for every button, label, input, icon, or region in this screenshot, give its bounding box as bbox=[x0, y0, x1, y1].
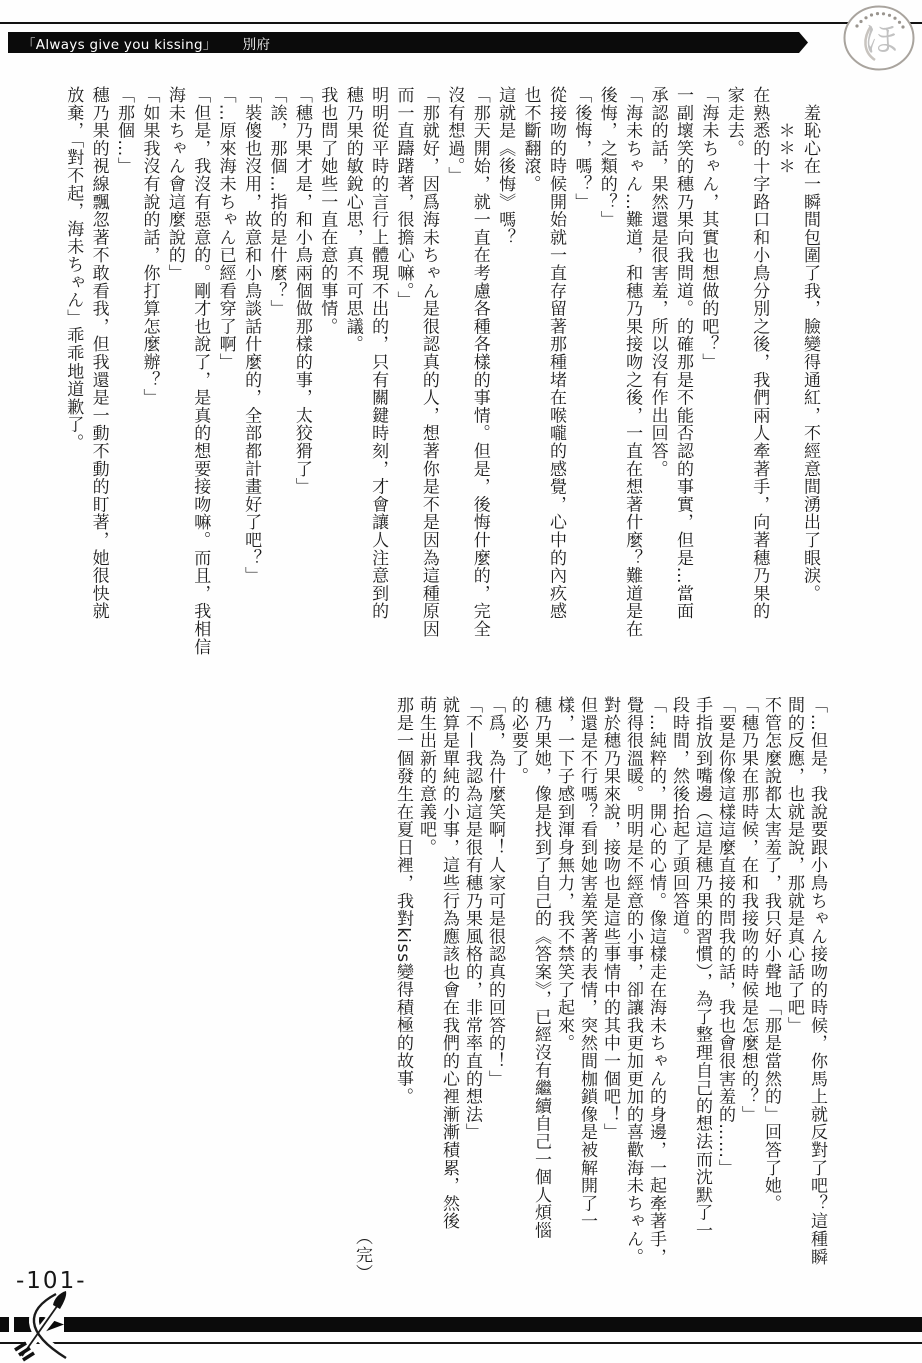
publisher-stamp: ほ bbox=[841, 4, 917, 78]
text-column: 羞恥心在一瞬間包圍了我，臉變得通紅，不經意間湧出了眼淚。 bbox=[797, 86, 822, 670]
stamp-icon: ほ bbox=[841, 4, 917, 74]
text-column: 後悔，之類的？」 bbox=[593, 86, 618, 670]
text-column: 也不斷翻滾。 bbox=[517, 86, 542, 670]
story-top-block: 羞恥心在一瞬間包圍了我，臉變得通紅，不經意間湧出了眼淚。 ＊＊＊在熟悉的十字路口… bbox=[58, 86, 822, 670]
text-column: 沒有想過。」 bbox=[441, 86, 466, 670]
text-column: 一副壞笑的穗乃果向我問道。的確那是不能否認的事實，但是…當面 bbox=[670, 86, 695, 670]
text-column: 穗乃果她，像是找到了自己的《答案》，已經沒有繼續自己一個人煩惱 bbox=[529, 696, 552, 1292]
text-column: 對於穗乃果來說，接吻也是這些事情中的其中一個吧！」 bbox=[598, 696, 621, 1292]
text-column: 穗乃果的視線飄忽著不敢看我，但我還是一動不動的盯著，她很快就 bbox=[85, 86, 110, 670]
text-column: 那是一個發生在夏日裡，我對kiss變得積極的故事。 bbox=[391, 696, 414, 1292]
text-column: 間的反應，也就是說，那就是真心話了吧」 bbox=[782, 696, 805, 1292]
bottom-bar-and-bow-arrow-icon bbox=[0, 1288, 922, 1363]
text-column: 覺得很溫暖。明明是不經意的小事，卻讓我更加更加的喜歡海未ちゃん。 bbox=[621, 696, 644, 1292]
text-column: 樣，一下子感到渾身無力，我不禁笑了起來。 bbox=[552, 696, 575, 1292]
text-column: 「那個…」 bbox=[111, 86, 136, 670]
text-column: ＊＊＊ bbox=[771, 86, 796, 670]
footer-ornament bbox=[0, 1288, 922, 1363]
text-column: 不管怎麼說都太害羞了，我只好小聲地「那是當然的」回答了她。 bbox=[759, 696, 782, 1292]
story-title: 「Always give you kissing」 bbox=[22, 33, 217, 53]
text-column: 「後悔，嗎？」 bbox=[568, 86, 593, 670]
text-column: 而一直躊躇著，很擔心嘛。」 bbox=[390, 86, 415, 670]
text-column: 「但是，我沒有惡意的。剛才也說了，是真的想要接吻嘛。而且，我相信 bbox=[187, 86, 212, 670]
text-column: 「要是你像這樣這麼直接的問我的話，我也會很害羞的……」 bbox=[713, 696, 736, 1292]
text-column: 「海未ちゃん，其實也想做的吧？」 bbox=[695, 86, 720, 670]
text-column: 海未ちゃん會這麼說的」 bbox=[161, 86, 186, 670]
text-column: 「…原來海未ちゃん已經看穿了啊」 bbox=[212, 86, 237, 670]
text-column: 「穗乃果在那時候，在和我接吻的時候是怎麼想的？」 bbox=[736, 696, 759, 1292]
text-column: 我也問了她些一直在意的事情。 bbox=[314, 86, 339, 670]
text-column: 但還是不行嗎？看到她害羞笑著的表情，突然間枷鎖像是被解開了一 bbox=[575, 696, 598, 1292]
text-column: 承認的話，果然還是很害羞，所以沒有作出回答。 bbox=[644, 86, 669, 670]
text-column: 手指放到嘴邊（這是穗乃果的習慣），為了整理自己的想法而沈默了一 bbox=[690, 696, 713, 1292]
text-column: 明明從平時的言行上體現不出的，只有關鍵時刻，才會讓人注意到的 bbox=[365, 86, 390, 670]
text-column: 「那就好，因爲海未ちゃん是很認真的人，想著你是不是因為這種原因 bbox=[416, 86, 441, 670]
author-name: 別府 bbox=[243, 33, 271, 53]
top-rule bbox=[0, 22, 922, 24]
bottom-bar bbox=[64, 1317, 922, 1332]
text-column: 「…但是，我說要跟小鳥ちゃん接吻的時候，你馬上就反對了吧？這種瞬 bbox=[805, 696, 828, 1292]
text-column: 「爲，為什麼笑啊！人家可是很認真的回答的！」 bbox=[483, 696, 506, 1292]
text-column: 「那天開始，就一直在考慮各種各樣的事情。但是，後悔什麼的，完全 bbox=[466, 86, 491, 670]
story-bottom-block: 「…但是，我說要跟小鳥ちゃん接吻的時候，你馬上就反對了吧？這種瞬間的反應，也就是… bbox=[391, 696, 828, 1292]
bottom-rule bbox=[0, 1342, 922, 1344]
text-column: 「不—我認為這是很有穗乃果風格的，非常率直的想法」 bbox=[460, 696, 483, 1292]
text-column: 「如果我沒有說的話，你打算怎麼辦？」 bbox=[136, 86, 161, 670]
text-column: 這就是《後悔》嗎？ bbox=[492, 86, 517, 670]
end-mark: （完） bbox=[350, 1228, 375, 1282]
text-column: 「海未ちゃん…難道，和穗乃果接吻之後，一直在想著什麼？難道是在 bbox=[619, 86, 644, 670]
text-column: 放棄，「對不起，海未ちゃん」乖乖地道歉了。 bbox=[60, 86, 85, 670]
text-column: 「誒，那個…指的是什麼？」 bbox=[263, 86, 288, 670]
text-column: 就算是單純的小事，這些行為應該也會在我們的心裡漸漸積累，然後 bbox=[437, 696, 460, 1292]
header-bar: 「Always give you kissing」 別府 bbox=[8, 32, 808, 53]
text-column: 穗乃果的敏銳心思，真不可思議。 bbox=[339, 86, 364, 670]
text-column: 「穗乃果才是，和小鳥兩個做那樣的事，太狡猾了」 bbox=[288, 86, 313, 670]
text-column: 從接吻的時候開始就一直存留著那種堵在喉嚨的感覺，心中的內疚感 bbox=[543, 86, 568, 670]
text-column: 家走去。 bbox=[720, 86, 745, 670]
text-column: 「…純粹的，開心的心情。像這樣走在海未ちゃん的身邊，一起牽著手， bbox=[644, 696, 667, 1292]
text-column: 「裝傻也沒用，故意和小鳥談話什麼的，全部都計畫好了吧？」 bbox=[238, 86, 263, 670]
text-column: 萌生出新的意義吧。 bbox=[414, 696, 437, 1292]
stamp-character: ほ bbox=[864, 20, 898, 60]
text-column: 在熟悉的十字路口和小鳥分別之後，我們兩人牽著手，向著穗乃果的 bbox=[746, 86, 771, 670]
text-column: 的必要了。 bbox=[506, 696, 529, 1292]
text-column: 段時間，然後抬起了頭回答道。 bbox=[667, 696, 690, 1292]
